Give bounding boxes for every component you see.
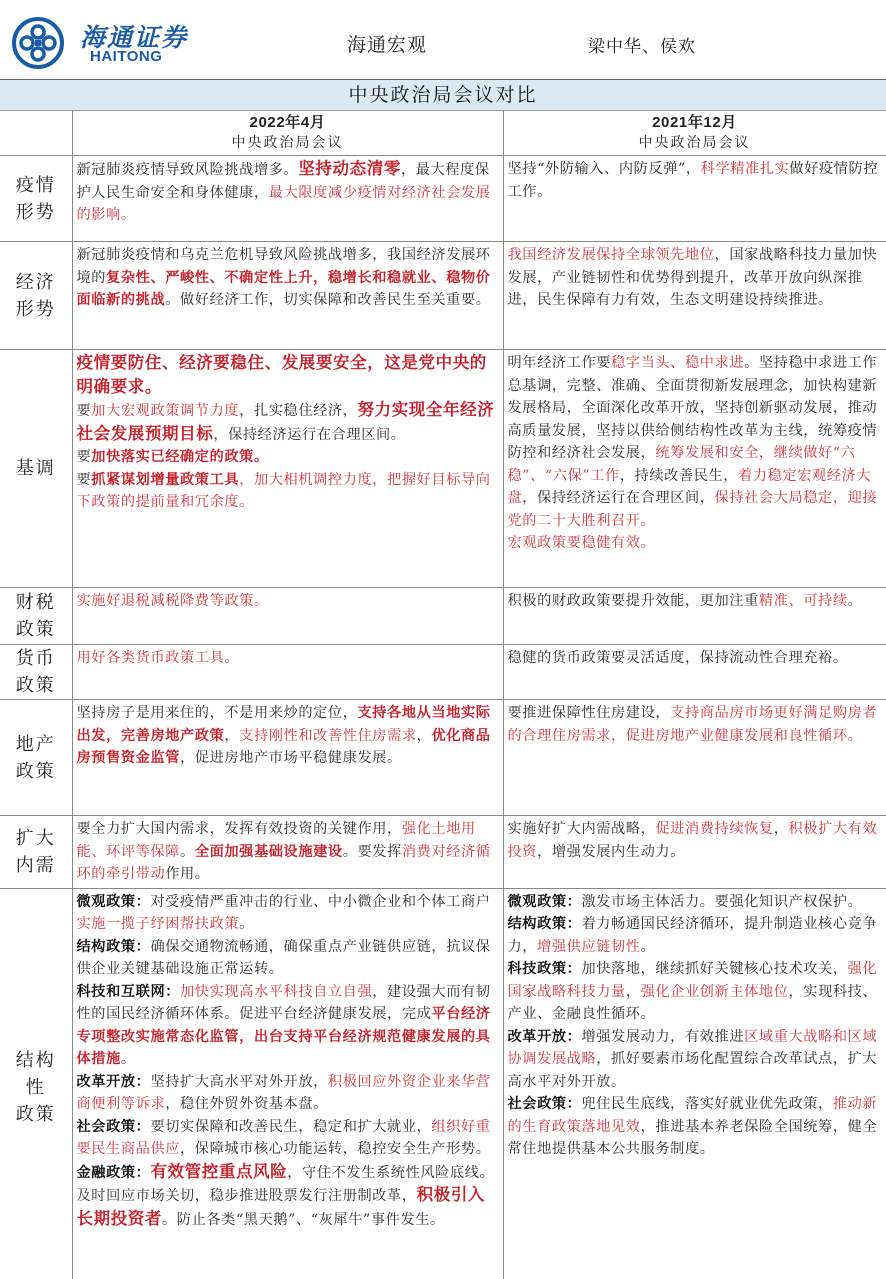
text-segment: 新冠肺炎疫情导致风险挑战增多。 xyxy=(77,162,299,178)
highlighted-text: 用好各类货币政策工具。 xyxy=(77,650,240,666)
column-subtitle: 中央政治局会议 xyxy=(73,133,503,153)
text-segment: 明年经济工作要 xyxy=(508,355,612,371)
highlighted-text: 加大宏观政策调节力度 xyxy=(91,403,239,419)
text-segment: 。 xyxy=(641,939,656,955)
policy-label: 金融政策： xyxy=(77,1165,151,1181)
text-segment: ， xyxy=(417,728,432,744)
highlighted-text: 宏观政策要 xyxy=(508,535,582,551)
cell-paragraph: 疫情要防住、经济要稳住、发展要安全，这是党中央的明确要求。 xyxy=(77,352,499,399)
highlighted-text: 精准、可持续 xyxy=(759,593,848,609)
text-segment: 。 xyxy=(239,916,254,932)
cell-paragraph: 要加快落实已经确定的政策。 xyxy=(77,446,499,469)
text-segment: 坚持“外防输入、内防反弹”， xyxy=(508,161,701,177)
text-segment: 要切实保障和改善民生，稳定和扩大就业， xyxy=(150,1119,431,1135)
text-segment: 要全力扩大国内需求，发挥有效投资的关键作用， xyxy=(77,821,402,837)
cell-paragraph: 宏观政策要稳健有效。 xyxy=(508,532,882,555)
cell-paragraph: 要全力扩大国内需求，发挥有效投资的关键作用，强化土地用能、环评等保障。全面加强基… xyxy=(77,818,499,886)
text-segment: 。 xyxy=(180,844,195,860)
highlighted-text: 促进消费持续恢复 xyxy=(655,821,773,837)
text-segment: 稳健的货币政策要灵活适度，保持流动性合理充裕。 xyxy=(508,650,848,666)
cell-2021-12: 明年经济工作要稳字当头、稳中求进。坚持稳中求进工作总基调，完整、准确、全面贯彻新… xyxy=(503,350,886,588)
row-label: 扩大内需 xyxy=(0,816,72,889)
highlighted-text: 科学精准扎实 xyxy=(701,161,790,177)
table-row: 货币政策用好各类货币政策工具。稳健的货币政策要灵活适度，保持流动性合理充裕。 xyxy=(0,645,886,700)
row-label: 结构性政策 xyxy=(0,888,72,1279)
cell-2022-04: 微观政策：对受疫情严重冲击的行业、中小微企业和个体工商户实施一揽子纾困帮扶政策。… xyxy=(72,888,503,1279)
row-label: 疫情形势 xyxy=(0,156,72,242)
cell-paragraph: 坚持房子是用来住的，不是用来炒的定位，支持各地从当地实际出发，完善房地产政策，支… xyxy=(77,702,499,770)
table-row: 地产政策坚持房子是用来住的，不是用来炒的定位，支持各地从当地实际出发，完善房地产… xyxy=(0,700,886,816)
highlighted-text: 加快落实已经确定的政策。 xyxy=(91,449,268,465)
cell-2021-12: 我国经济发展保持全球领先地位，国家战略科技力量加快发展，产业链韧性和优势得到提升… xyxy=(503,242,886,350)
cell-2022-04: 新冠肺炎疫情导致风险挑战增多。坚持动态清零，最大程度保护人民生命安全和身体健康，… xyxy=(72,156,503,242)
table-row: 经济形势新冠肺炎疫情和乌克兰危机导致风险挑战增多，我国经济发展环境的复杂性、严峻… xyxy=(0,242,886,350)
highlighted-text: 强化企业创新主体地位 xyxy=(641,984,789,1000)
cell-2021-12: 要推进保障性住房建设，支持商品房市场更好满足购房者的合理住房需求，促进房地产业健… xyxy=(503,700,886,816)
cell-paragraph: 要推进保障性住房建设，支持商品房市场更好满足购房者的合理住房需求，促进房地产业健… xyxy=(508,702,882,747)
column-subtitle: 中央政治局会议 xyxy=(504,133,886,153)
cell-paragraph: 积极的财政政策要提升效能，更加注重精准、可持续。 xyxy=(508,590,882,613)
text-segment: 要 xyxy=(77,472,92,488)
row-label-line: 政策 xyxy=(6,616,66,643)
cell-paragraph: 结构政策：确保交通物流畅通，确保重点产业链供应链，抗议保供企业关键基础设施正常运… xyxy=(77,936,499,981)
cell-2021-12: 微观政策：激发市场主体活力。要强化知识产权保护。结构政策：着力畅通国民经济循环，… xyxy=(503,888,886,1279)
cell-paragraph: 微观政策：对受疫情严重冲击的行业、中小微企业和个体工商户实施一揽子纾困帮扶政策。 xyxy=(77,891,499,936)
cell-2021-12: 坚持“外防输入、内防反弹”，科学精准扎实做好疫情防控工作。 xyxy=(503,156,886,242)
policy-label: 改革开放： xyxy=(77,1074,151,1090)
cell-paragraph: 社会政策：兜住民生底线，落实好就业优先政策，推动新的生育政策落地见效，推进基本养… xyxy=(508,1093,882,1161)
text-segment: ，保障城市核心功能运转，稳控安全生产形势。 xyxy=(180,1141,491,1157)
cell-paragraph: 明年经济工作要稳字当头、稳中求进。坚持稳中求进工作总基调，完整、准确、全面贯彻新… xyxy=(508,352,882,532)
cell-paragraph: 新冠肺炎疫情导致风险挑战增多。坚持动态清零，最大程度保护人民生命安全和身体健康，… xyxy=(77,158,499,227)
highlighted-text: 增强供应链韧性 xyxy=(537,939,641,955)
cell-2022-04: 疫情要防住、经济要稳住、发展要安全，这是党中央的明确要求。要加大宏观政策调节力度… xyxy=(72,350,503,588)
comparison-table: 2022年4月 中央政治局会议 2021年12月 中央政治局会议 疫情形势新冠肺… xyxy=(0,111,886,1279)
logo-english-text: HAITONG xyxy=(90,48,162,65)
cell-paragraph: 要抓紧谋划增量政策工具，加大相机调控力度，把握好目标导向下政策的提前量和冗余度。 xyxy=(77,469,499,514)
row-label-line: 财税 xyxy=(6,589,66,616)
cell-2022-04: 用好各类货币政策工具。 xyxy=(72,645,503,700)
cell-paragraph: 要加大宏观政策调节力度，扎实稳住经济，努力实现全年经济社会发展预期目标，保持经济… xyxy=(77,399,499,446)
text-segment: 。 xyxy=(848,593,863,609)
cell-paragraph: 改革开放：坚持扩大高水平对外开放，积极回应外资企业来华营商便利等诉求，稳住外贸外… xyxy=(77,1071,499,1116)
row-label-line: 疫情 xyxy=(6,172,66,199)
policy-label: 微观政策： xyxy=(508,894,582,910)
text-segment: ，促进房地产市场平稳健康发展。 xyxy=(180,750,402,766)
table-row: 财税政策实施好退税减税降费等政策。积极的财政政策要提升效能，更加注重精准、可持续… xyxy=(0,588,886,645)
policy-label: 结构政策： xyxy=(508,916,582,932)
text-segment: 。防止各类“黑天鹅”、“灰犀牛”事件发生。 xyxy=(162,1212,445,1228)
cell-paragraph: 金融政策：有效管控重点风险，守住不发生系统性风险底线。及时回应市场关切，稳步推进… xyxy=(77,1161,499,1232)
column-date: 2021年12月 xyxy=(504,113,886,133)
text-segment: ，稳住外贸外资基本盘。 xyxy=(165,1096,328,1112)
text-segment: 增强发展动力，有效推进 xyxy=(581,1029,744,1045)
text-segment: 实施好扩大内需战略， xyxy=(508,821,656,837)
text-segment: 激发市场主体活力。要强化知识产权保护。 xyxy=(581,894,862,910)
text-segment: 作用。 xyxy=(165,866,209,882)
row-label-line: 基调 xyxy=(6,455,66,482)
cell-2022-04: 要全力扩大国内需求，发挥有效投资的关键作用，强化土地用能、环评等保障。全面加强基… xyxy=(72,816,503,889)
highlighted-text: 疫情要防住、经济要稳住、发展要安全，这是党中央的明确要求。 xyxy=(77,353,487,396)
report-header: 海通证券 HAITONG 海通宏观 梁中华、侯欢 xyxy=(0,0,886,78)
cell-paragraph: 新冠肺炎疫情和乌克兰危机导致风险挑战增多，我国经济发展环境的复杂性、严峻性、不确… xyxy=(77,244,499,312)
policy-label: 科技和互联网： xyxy=(77,984,181,1000)
authors: 梁中华、侯欢 xyxy=(588,32,696,57)
row-label: 经济形势 xyxy=(0,242,72,350)
row-label-line: 地产 xyxy=(6,731,66,758)
text-segment: 。做好经济工作，切实保障和改善民生至关重要。 xyxy=(165,292,490,308)
column-date: 2022年4月 xyxy=(73,113,503,133)
table-row: 疫情形势新冠肺炎疫情导致风险挑战增多。坚持动态清零，最大程度保护人民生命安全和身… xyxy=(0,156,886,242)
row-label-line: 政策 xyxy=(6,672,66,699)
text-segment: ，保持经济运行在合理区间。 xyxy=(213,427,405,443)
cell-paragraph: 社会政策：要切实保障和改善民生，稳定和扩大就业，组织好重要民生商品供应，保障城市… xyxy=(77,1116,499,1161)
highlighted-text: 抓紧谋划增量政策工具 xyxy=(91,472,239,488)
row-label: 基调 xyxy=(0,350,72,588)
row-label-line: 经济 xyxy=(6,269,66,296)
cell-paragraph: 用好各类货币政策工具。 xyxy=(77,647,499,670)
table-title: 中央政治局会议对比 xyxy=(0,79,886,111)
policy-label: 科技政策： xyxy=(508,961,582,977)
text-segment: 要 xyxy=(77,403,92,419)
table-row: 结构性政策微观政策：对受疫情严重冲击的行业、中小微企业和个体工商户实施一揽子纾困… xyxy=(0,888,886,1279)
highlighted-text: 我国经济发展保持全球领先地位 xyxy=(508,247,715,263)
cell-paragraph: 实施好退税减税降费等政策。 xyxy=(77,590,499,613)
table-row: 基调疫情要防住、经济要稳住、发展要安全，这是党中央的明确要求。要加大宏观政策调节… xyxy=(0,350,886,588)
cell-paragraph: 科技和互联网：加快实现高水平科技自立自强，建设强大而有韧性的国民经济循环体系。促… xyxy=(77,981,499,1071)
corner-cell xyxy=(0,111,72,156)
text-segment: 要 xyxy=(77,449,92,465)
row-label-line: 结构性 xyxy=(6,1047,66,1101)
text-segment: 积极的财政政策要提升效能，更加注重 xyxy=(508,593,759,609)
row-label: 地产政策 xyxy=(0,700,72,816)
haitong-logo-icon xyxy=(12,17,64,69)
policy-label: 微观政策： xyxy=(77,894,151,910)
policy-label: 社会政策： xyxy=(508,1096,582,1112)
row-label: 货币政策 xyxy=(0,645,72,700)
highlighted-text: 加快实现高水平科技自立自强 xyxy=(180,984,372,1000)
cell-paragraph: 微观政策：激发市场主体活力。要强化知识产权保护。 xyxy=(508,891,882,914)
text-segment: 要推进保障性住房建设， xyxy=(508,705,671,721)
text-segment: ，持续改善民生， xyxy=(620,468,738,484)
cell-2021-12: 稳健的货币政策要灵活适度，保持流动性合理充裕。 xyxy=(503,645,886,700)
text-segment: 对受疫情严重冲击的行业、中小微企业和个体工商户 xyxy=(150,894,490,910)
highlighted-text: 稳字当头、稳中求进 xyxy=(611,355,744,371)
highlighted-text: 稳健有效。 xyxy=(581,535,655,551)
row-label-line: 政策 xyxy=(6,1101,66,1128)
cell-2021-12: 积极的财政政策要提升效能，更加注重精准、可持续。 xyxy=(503,588,886,645)
policy-label: 社会政策： xyxy=(77,1119,151,1135)
text-segment: ， xyxy=(774,821,789,837)
policy-label: 改革开放： xyxy=(508,1029,582,1045)
row-label-line: 货币 xyxy=(6,645,66,672)
cell-paragraph: 科技政策：加快落地，继续抓好关键核心技术攻关，强化国家战略科技力量，强化企业创新… xyxy=(508,958,882,1026)
row-label: 财税政策 xyxy=(0,588,72,645)
text-segment: ，保持经济运行在合理区间， xyxy=(522,490,714,506)
highlighted-text: 实施好退税减税降费等政策。 xyxy=(77,593,269,609)
text-segment: ，增强发展内生动力。 xyxy=(537,844,685,860)
cell-paragraph: 坚持“外防输入、内防反弹”，科学精准扎实做好疫情防控工作。 xyxy=(508,158,882,203)
column-header-row: 2022年4月 中央政治局会议 2021年12月 中央政治局会议 xyxy=(0,111,886,156)
cell-paragraph: 我国经济发展保持全球领先地位，国家战略科技力量加快发展，产业链韧性和优势得到提升… xyxy=(508,244,882,312)
highlighted-text: 全面加强基础设施建设 xyxy=(195,844,343,860)
text-segment: 坚持扩大高水平对外开放， xyxy=(150,1074,327,1090)
highlighted-text: 有效管控重点风险 xyxy=(150,1162,287,1181)
policy-label: 结构政策： xyxy=(77,939,151,955)
row-label-line: 形势 xyxy=(6,199,66,226)
cell-2022-04: 实施好退税减税降费等政策。 xyxy=(72,588,503,645)
text-segment: ， xyxy=(224,728,239,744)
table-row: 扩大内需要全力扩大国内需求，发挥有效投资的关键作用，强化土地用能、环评等保障。全… xyxy=(0,816,886,889)
text-segment: 。要发挥 xyxy=(343,844,402,860)
column-header-2022-04: 2022年4月 中央政治局会议 xyxy=(72,111,503,156)
highlighted-text: 坚持动态清零 xyxy=(298,159,401,178)
text-segment: ， xyxy=(626,984,641,1000)
text-segment: 兜住民生底线，落实好就业优先政策， xyxy=(581,1096,832,1112)
row-label-line: 形势 xyxy=(6,296,66,323)
text-segment: 加快落地，继续抓好关键核心技术攻关， xyxy=(581,961,847,977)
row-label-line: 扩大 xyxy=(6,825,66,852)
cell-paragraph: 实施好扩大内需战略，促进消费持续恢复，积极扩大有效投资，增强发展内生动力。 xyxy=(508,818,882,863)
row-label-line: 内需 xyxy=(6,852,66,879)
cell-2021-12: 实施好扩大内需战略，促进消费持续恢复，积极扩大有效投资，增强发展内生动力。 xyxy=(503,816,886,889)
text-segment: ，扎实稳住经济， xyxy=(239,403,357,419)
cell-2022-04: 新冠肺炎疫情和乌克兰危机导致风险挑战增多，我国经济发展环境的复杂性、严峻性、不确… xyxy=(72,242,503,350)
highlighted-text: 实施一揽子纾困帮扶政策 xyxy=(77,916,240,932)
cell-2022-04: 坚持房子是用来住的，不是用来炒的定位，支持各地从当地实际出发，完善房地产政策，支… xyxy=(72,700,503,816)
text-segment: 坚持房子是用来住的，不是用来炒的定位， xyxy=(77,705,358,721)
row-label-line: 政策 xyxy=(6,758,66,785)
cell-paragraph: 改革开放：增强发展动力，有效推进区域重大战略和区域协调发展战略，抓好要素市场化配… xyxy=(508,1026,882,1094)
highlighted-text: 支持刚性和改善性住房需求 xyxy=(239,728,416,744)
column-title: 海通宏观 xyxy=(347,30,427,57)
column-header-2021-12: 2021年12月 中央政治局会议 xyxy=(503,111,886,156)
text-segment: 。 xyxy=(121,1051,136,1067)
cell-paragraph: 稳健的货币政策要灵活适度，保持流动性合理充裕。 xyxy=(508,647,882,670)
cell-paragraph: 结构政策：着力畅通国民经济循环，提升制造业核心竞争力，增强供应链韧性。 xyxy=(508,913,882,958)
